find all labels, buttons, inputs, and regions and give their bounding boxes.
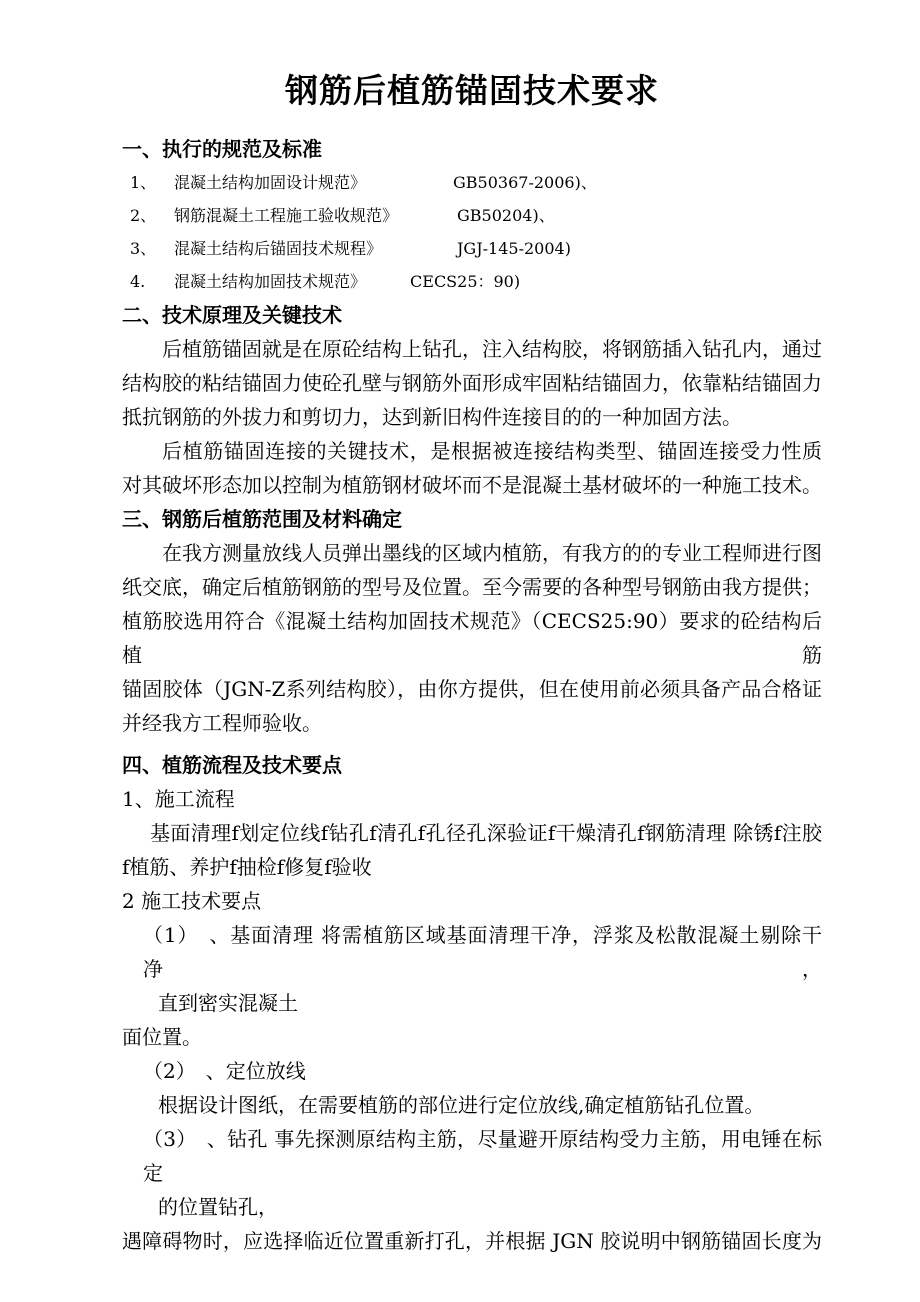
doc-title: 钢筋后植筋锚固技术要求	[122, 70, 822, 112]
point-line: 直到密实混凝土	[122, 986, 822, 1020]
paragraph-line: 并经我方工程师验收。	[122, 706, 822, 740]
reference-item: 3、混凝土结构后锚固技术规程》JGJ-145-2004)	[122, 232, 822, 265]
construction-flow: 基面清理f划定位线f钻孔f清孔f孔径孔深验证f干燥清孔f钢筋清理 除锈f注胶 f…	[122, 816, 822, 884]
paragraph-line: 结构胶的粘结锚固力使砼孔壁与钢筋外面形成牢固粘结锚固力，依靠粘结锚固力	[122, 366, 822, 400]
paragraph-line: 后植筋锚固就是在原砼结构上钻孔，注入结构胶，将钢筋插入钻孔内，通过	[122, 332, 822, 366]
ref-code: JGJ-145-2004)	[457, 232, 571, 265]
point-line: 的位置钻孔，	[122, 1190, 822, 1224]
continuation-line: 遇障碍物时，应选择临近位置重新打孔，并根据 JGN 胶说明中钢筋锚固长度为	[122, 1224, 822, 1258]
reference-item: 1、混凝土结构加固设计规范》GB50367-2006)、	[122, 166, 822, 199]
section-2-heading: 二、技术原理及关键技术	[122, 298, 822, 332]
point-1: （1） 、基面清理 将需植筋区域基面清理干净，浮浆及松散混凝土剔除干净， 直到密…	[122, 918, 822, 1020]
step-1-label: 1、施工流程	[122, 782, 822, 816]
ref-title: 混凝土结构加固设计规范》	[174, 173, 366, 192]
ref-number: 1、	[130, 166, 174, 199]
ref-title: 钢筋混凝土工程施工验收规范》	[174, 206, 398, 225]
ref-code: GB50204)、	[457, 199, 555, 232]
point-line: （3） 、钻孔 事先探测原结构主筋，尽量避开原结构受力主筋，用电锤在标定	[122, 1122, 822, 1190]
paragraph-line: 植筋胶选用符合《混凝土结构加固技术规范》（CECS25:90）要求的砼结构后植筋	[122, 604, 822, 672]
paragraph-line: 后植筋锚固连接的关键技术，是根据被连接结构类型、锚固连接受力性质	[122, 434, 822, 468]
flow-line: 基面清理f划定位线f钻孔f清孔f孔径孔深验证f干燥清孔f钢筋清理 除锈f注胶	[122, 816, 822, 850]
reference-item: 4.混凝土结构加固技术规范》CECS25：90)	[122, 265, 822, 298]
document-page: 钢筋后植筋锚固技术要求 一、执行的规范及标准 1、混凝土结构加固设计规范》GB5…	[0, 0, 920, 1302]
paragraph-line: 锚固胶体（JGN-Z系列结构胶），由你方提供，但在使用前必须具备产品合格证	[122, 672, 822, 706]
ref-code: GB50367-2006)、	[453, 166, 597, 199]
ref-title: 混凝土结构后锚固技术规程》	[174, 239, 382, 258]
ref-title: 混凝土结构加固技术规范》	[174, 272, 366, 291]
paragraph-line: 纸交底，确定后植筋钢筋的型号及位置。至今需要的各种型号钢筋由我方提供；	[122, 570, 822, 604]
principle-paragraph-1: 后植筋锚固就是在原砼结构上钻孔，注入结构胶，将钢筋插入钻孔内，通过 结构胶的粘结…	[122, 332, 822, 434]
paragraph-line: 抵抗钢筋的外拔力和剪切力，达到新旧构件连接目的的一种加固方法。	[122, 400, 822, 434]
ref-code: CECS25：90)	[410, 265, 520, 298]
point-2-label: （2） 、定位放线	[122, 1054, 822, 1088]
section-1-heading: 一、执行的规范及标准	[122, 132, 822, 166]
point-3: （3） 、钻孔 事先探测原结构主筋，尽量避开原结构受力主筋，用电锤在标定 的位置…	[122, 1122, 822, 1224]
paragraph-line: 在我方测量放线人员弹出墨线的区域内植筋，有我方的的专业工程师进行图	[122, 536, 822, 570]
point-line: （1） 、基面清理 将需植筋区域基面清理干净，浮浆及松散混凝土剔除干净，	[122, 918, 822, 986]
ref-number: 3、	[130, 232, 174, 265]
reference-list: 1、混凝土结构加固设计规范》GB50367-2006)、 2、钢筋混凝土工程施工…	[122, 166, 822, 298]
flow-line: f植筋、养护f抽检f修复f验收	[122, 850, 822, 884]
section-3-heading: 三、钢筋后植筋范围及材料确定	[122, 502, 822, 536]
paragraph-line: 对其破坏形态加以控制为植筋钢材破坏而不是混凝土基材破坏的一种施工技术。	[122, 468, 822, 502]
point-1-tail: 面位置。	[122, 1020, 822, 1054]
section-4-heading: 四、植筋流程及技术要点	[122, 748, 822, 782]
step-2-label: 2 施工技术要点	[122, 884, 822, 918]
scope-paragraph: 在我方测量放线人员弹出墨线的区域内植筋，有我方的的专业工程师进行图 纸交底，确定…	[122, 536, 822, 740]
principle-paragraph-2: 后植筋锚固连接的关键技术，是根据被连接结构类型、锚固连接受力性质 对其破坏形态加…	[122, 434, 822, 502]
ref-number: 2、	[130, 199, 174, 232]
reference-item: 2、钢筋混凝土工程施工验收规范》GB50204)、	[122, 199, 822, 232]
point-2-body: 根据设计图纸，在需要植筋的部位进行定位放线,确定植筋钻孔位置。	[122, 1088, 822, 1122]
ref-number: 4.	[130, 265, 174, 298]
